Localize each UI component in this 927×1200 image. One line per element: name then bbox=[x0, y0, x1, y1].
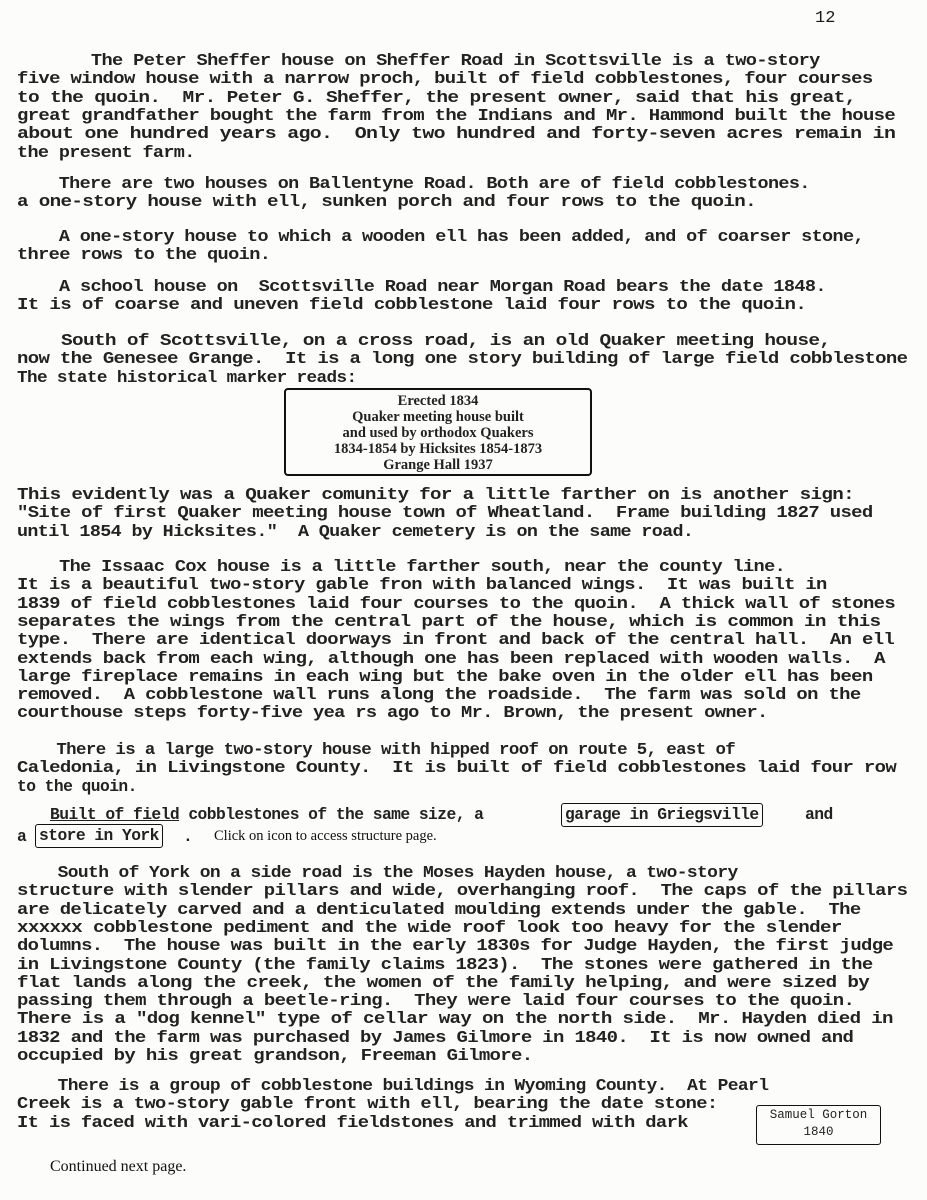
paragraph-6-line: This evidently was a Quaker comunity for… bbox=[17, 486, 854, 504]
marker-line: Erected 1834 bbox=[286, 393, 590, 409]
paragraph-9-line-1: Built of field cobblestones of the same … bbox=[50, 806, 483, 824]
marker-line: 1834-1854 by Hicksites 1854-1873 bbox=[286, 441, 590, 457]
paragraph-7-line: large fireplace remains in each wing but… bbox=[17, 668, 873, 686]
paragraph-1-line: about one hundred years ago. Only two hu… bbox=[17, 125, 895, 143]
paragraph-1-line: the present farm. bbox=[17, 144, 195, 162]
paragraph-10-line: occupied by his great grandson, Freeman … bbox=[17, 1047, 533, 1065]
paragraph-3-line: three rows to the quoin. bbox=[17, 246, 270, 264]
paragraph-6-line: until 1854 by Hicksites." A Quaker cemet… bbox=[17, 523, 693, 541]
paragraph-4-line: It is of coarse and uneven field cobbles… bbox=[17, 296, 806, 314]
paragraph-10-line: dolumns. The house was built in the earl… bbox=[17, 937, 893, 955]
paragraph-8-line: Caledonia, in Livingstone County. It is … bbox=[17, 759, 896, 777]
paragraph-7-line: It is a beautiful two-story gable fron w… bbox=[17, 576, 827, 594]
paragraph-11-line: It is faced with vari-colored fieldstone… bbox=[17, 1114, 688, 1132]
paragraph-11-line: There is a group of cobblestone building… bbox=[17, 1077, 768, 1095]
paragraph-10-line: structure with slender pillars and wide,… bbox=[17, 882, 907, 900]
text-period: . bbox=[183, 828, 192, 846]
paragraph-5-line: now the Genesee Grange. It is a long one… bbox=[17, 350, 907, 368]
paragraph-2-line: There are two houses on Ballentyne Road.… bbox=[17, 175, 810, 193]
text-a: a bbox=[17, 828, 26, 846]
historical-marker-box: Erected 1834 Quaker meeting house built … bbox=[284, 388, 592, 476]
paragraph-7-line: The Issaac Cox house is a little farther… bbox=[17, 558, 785, 576]
marker-line: and used by orthodox Quakers bbox=[286, 425, 590, 441]
paragraph-10-line: 1832 and the farm was purchased by James… bbox=[17, 1029, 853, 1047]
text-span: cobblestones of the same size, a bbox=[179, 805, 483, 824]
paragraph-5-line: South of Scottsville, on a cross road, i… bbox=[17, 332, 830, 350]
paragraph-1-line: The Peter Sheffer house on Sheffer Road … bbox=[17, 52, 820, 70]
paragraph-1-line: to the quoin. Mr. Peter G. Sheffer, the … bbox=[17, 89, 856, 107]
paragraph-7-line: 1839 of field cobblestones laid four cou… bbox=[17, 595, 895, 613]
paragraph-10-line: xxxxxx cobblestone pediment and the wide… bbox=[17, 919, 842, 937]
click-hint: Click on icon to access structure page. bbox=[214, 828, 437, 845]
paragraph-8-line: to the quoin. bbox=[17, 778, 137, 796]
underlined-text: Built of field bbox=[50, 805, 179, 824]
paragraph-1-line: great grandfather bought the farm from t… bbox=[17, 107, 895, 125]
paragraph-8-line: There is a large two-story house with hi… bbox=[17, 741, 735, 759]
marker-line: Quaker meeting house built bbox=[286, 409, 590, 425]
paragraph-10-line: passing them through a beetle-ring. They… bbox=[17, 992, 854, 1010]
paragraph-6-line: "Site of first Quaker meeting house town… bbox=[17, 504, 873, 522]
store-in-york-link[interactable]: store in York bbox=[35, 824, 163, 848]
page-number: 12 bbox=[815, 9, 835, 28]
paragraph-7-line: extends back from each wing, although on… bbox=[17, 650, 885, 668]
paragraph-1-line: five window house with a narrow proch, b… bbox=[17, 70, 873, 88]
paragraph-10-line: flat lands along the creek, the women of… bbox=[17, 974, 869, 992]
paragraph-7-line: separates the wings from the central par… bbox=[17, 613, 880, 631]
paragraph-2-line: a one-story house with ell, sunken porch… bbox=[17, 193, 756, 211]
paragraph-5-line: The state historical marker reads: bbox=[17, 369, 356, 387]
paragraph-4-line: A school house on Scottsville Road near … bbox=[17, 278, 826, 296]
paragraph-3-line: A one-story house to which a wooden ell … bbox=[17, 228, 864, 246]
garage-in-griegsville-link[interactable]: garage in Griegsville bbox=[561, 803, 763, 827]
paragraph-10-line: There is a "dog kennel" type of cellar w… bbox=[17, 1010, 893, 1028]
paragraph-10-line: South of York on a side road is the Mose… bbox=[17, 864, 738, 882]
paragraph-11-line: Creek is a two-story gable front with el… bbox=[17, 1095, 717, 1113]
date-stone-name: Samuel Gorton bbox=[757, 1107, 880, 1124]
paragraph-7-line: removed. A cobblestone wall runs along t… bbox=[17, 686, 861, 704]
date-stone-year: 1840 bbox=[757, 1124, 880, 1141]
paragraph-7-line: type. There are identical doorways in fr… bbox=[17, 631, 894, 649]
continued-next-page: Continued next page. bbox=[50, 1158, 186, 1176]
marker-line: Grange Hall 1937 bbox=[286, 457, 590, 473]
paragraph-7-line: courthouse steps forty-five yea rs ago t… bbox=[17, 704, 768, 722]
date-stone-box: Samuel Gorton 1840 bbox=[756, 1105, 881, 1145]
paragraph-10-line: in Livingstone County (the family claims… bbox=[17, 956, 873, 974]
text-and: and bbox=[805, 806, 833, 824]
paragraph-10-line: are delicately carved and a denticulated… bbox=[17, 901, 861, 919]
